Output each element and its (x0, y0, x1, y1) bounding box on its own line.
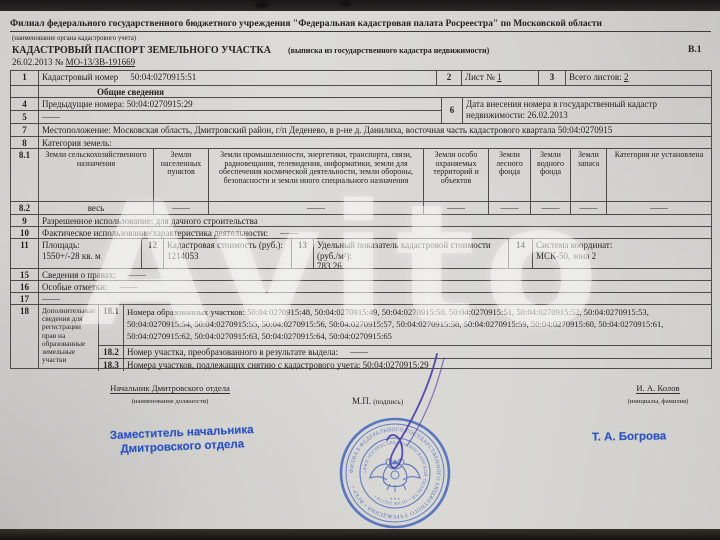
area-cell: Площадь:1550+/-28 кв. м (38, 239, 141, 268)
formed-parcels-numbers: Номера образованных участков: 50:04:0270… (123, 305, 711, 345)
cadastral-passport-photo: Филиал федерального государственного бюд… (0, 0, 720, 540)
category-col: Земли сельскохозяйственного назначения (38, 149, 153, 201)
table-row-9: 9 Разрешенное использование: для дачного… (11, 214, 711, 226)
category-value: —— (488, 202, 530, 214)
cadastral-number-label: Кадастровый номер (42, 72, 118, 82)
signatory-name: И. А. Колов (636, 383, 679, 394)
pen-signature (340, 348, 460, 488)
signatory-position: Начальник Дмитровского отдела (110, 383, 230, 394)
total-sheets: 2 (624, 72, 629, 82)
cadastral-table: 1 Кадастровый номер50:04:0270915:51 2 Ли… (10, 70, 712, 369)
category-value: —— (570, 202, 606, 214)
table-row-17: 17 —— (11, 292, 711, 304)
form-code: В.1 (688, 45, 701, 55)
binder-hole (340, 0, 350, 6)
photo-top-edge (0, 0, 720, 11)
category-value: —— (606, 202, 711, 214)
stamp-dots: • • • (390, 497, 399, 503)
category-col: Земли промышленности, энергетики, трансп… (208, 149, 423, 201)
coordinate-system-cell: Система координат:МСК-50, зона 2 (532, 239, 711, 268)
location: Местоположение: Московская область, Дмит… (38, 124, 711, 136)
row-6-number: 6 (441, 98, 462, 123)
table-row-8-1: 8.1 Земли сельскохозяйственного назначен… (11, 148, 711, 201)
binder-hole (256, 1, 268, 8)
document-title: КАДАСТРОВЫЙ ПАСПОРТ ЗЕМЕЛЬНОГО УЧАСТКА (… (12, 45, 489, 56)
table-row-18-1: 18.1 Номера образованных участков: 50:04… (98, 305, 711, 345)
authority-caption: (наименование органа кадастрового учета) (12, 35, 136, 42)
table-row-1: 1 Кадастровый номер50:04:0270915:51 2 Ли… (11, 71, 711, 85)
permitted-use: Разрешенное использование: для дачного с… (38, 215, 711, 226)
category-col: Земли населенных пунктов (153, 149, 208, 201)
table-rows-4-6: 4 Предыдущие номера: 50:04:0270915:29 5 … (11, 97, 711, 123)
specific-value-cell: Удельный показатель кадастровой стоимост… (313, 239, 508, 268)
category-col: Земли особо охраняемых территорий и объе… (423, 149, 488, 201)
cadastral-value-cell: Кадастровая стоимость (руб.):1214053 (163, 239, 291, 268)
category-value: весь (38, 202, 153, 214)
title-note: (выписка из государственного кадастра не… (288, 46, 489, 55)
additional-info-label: Дополнительные сведения для регистрации … (38, 305, 98, 368)
table-row-15: 15 Сведения о правах:—— (11, 268, 711, 280)
category-col: Земли водного фонда (530, 149, 570, 201)
land-category-label: Категория земель: (38, 137, 711, 148)
document-number: МО-13/ЗВ-191669 (66, 57, 136, 67)
table-row-general: Общие сведения (11, 85, 711, 97)
sheet-number: 1 (497, 72, 502, 82)
table-row-5: 5 —— (11, 110, 441, 123)
signatory-position-block: Начальник Дмитровского отдела (наименова… (92, 378, 248, 405)
category-value: —— (530, 202, 570, 214)
table-rows-11-14: 11 Площадь:1550+/-28 кв. м 12 Кадастрова… (11, 238, 711, 268)
actual-use: Фактическое использование/характеристика… (38, 227, 711, 238)
general-section-title: Общие сведения (38, 86, 711, 97)
document-content: Филиал федерального государственного бюд… (0, 0, 720, 540)
table-row-10: 10 Фактическое использование/характерист… (11, 226, 711, 238)
cadastral-number-value: 50:04:0270915:51 (130, 72, 196, 82)
previous-numbers: Предыдущие номера: 50:04:0270915:29 (38, 98, 441, 110)
deputy-head-name-stamp: Т. А. Богрова (592, 430, 666, 443)
category-value: —— (153, 202, 208, 214)
document-number-line: 26.02.2013 № МО-13/ЗВ-191669 (12, 57, 135, 67)
deputy-head-stamp-text: Заместитель начальника Дмитровского отде… (91, 422, 272, 458)
table-row-8: 8 Категория земель: (11, 136, 711, 148)
category-col: Земли запаса (570, 149, 606, 201)
table-row-16: 16 Особые отметки:—— (11, 280, 711, 292)
category-col: Земли лесного фонда (488, 149, 530, 201)
registration-date: Дата внесения номера в государственный к… (462, 98, 711, 123)
rights-info: Сведения о правах:—— (38, 269, 711, 280)
category-col: Категория не установлена (606, 149, 711, 201)
photo-bottom-edge (0, 529, 720, 540)
special-marks: Особые отметки:—— (38, 281, 711, 292)
issuing-authority-line: Филиал федерального государственного бюд… (10, 19, 711, 32)
table-row-7: 7 Местоположение: Московская область, Дм… (11, 123, 711, 136)
title-main: КАДАСТРОВЫЙ ПАСПОРТ ЗЕМЕЛЬНОГО УЧАСТКА (12, 45, 271, 56)
table-row-4: 4 Предыдущие номера: 50:04:0270915:29 (11, 98, 441, 110)
table-row-8-2: 8.2 весь —— —— —— —— —— —— —— (11, 201, 711, 214)
signatory-name-block: И. А. Колов (инициалы, фамилия) (608, 378, 708, 405)
category-value: —— (208, 202, 423, 214)
category-value: —— (423, 202, 488, 214)
